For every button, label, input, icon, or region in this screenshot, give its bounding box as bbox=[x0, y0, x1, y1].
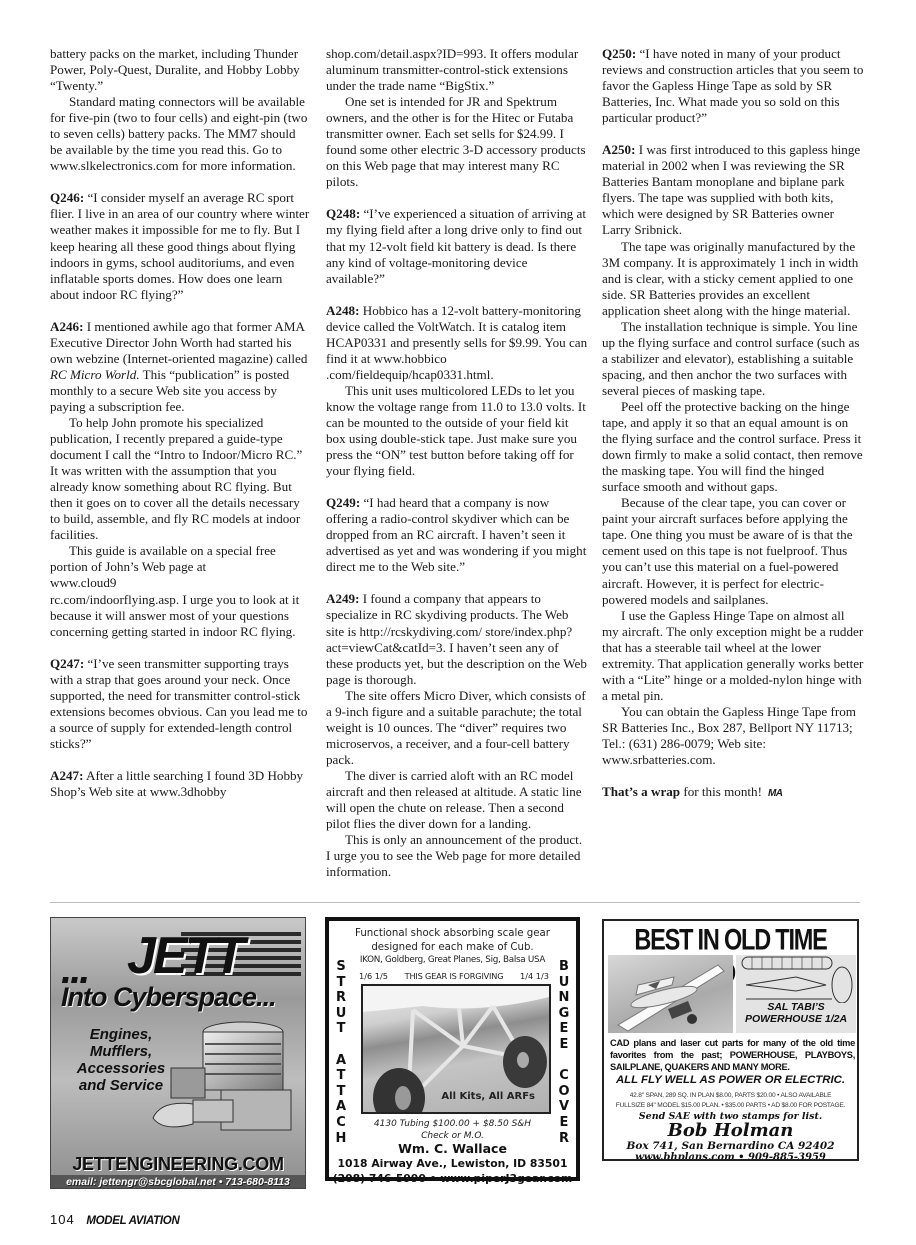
jett-logo: ... JETT bbox=[61, 926, 301, 982]
ad-seller-name: Wm. C. Wallace bbox=[329, 1141, 576, 1156]
answer-label: A248: bbox=[326, 303, 359, 318]
answer-a246: A246: I mentioned awhile ago that former… bbox=[50, 319, 310, 415]
ad-address: Box 741, San Bernardino CA 92402 bbox=[604, 1140, 857, 1152]
answer-label: A247: bbox=[50, 768, 83, 783]
answer-label: A250: bbox=[602, 142, 635, 157]
paragraph: Because of the clear tape, you can cover… bbox=[602, 495, 864, 607]
section-divider bbox=[50, 902, 860, 903]
paragraph: Standard mating connectors will be avail… bbox=[50, 94, 310, 174]
paragraph: This unit uses multicolored LEDs to let … bbox=[326, 383, 588, 479]
photo-caption: All Kits, All ARFs bbox=[441, 1091, 535, 1102]
ad-description: CAD plans and laser cut parts for many o… bbox=[610, 1037, 855, 1073]
ad-brands: IKON, Goldberg, Great Planes, Sig, Balsa… bbox=[329, 955, 576, 965]
article-column-2: shop.com/detail.aspx?ID=993. It offers m… bbox=[326, 46, 588, 880]
ad-website-phone[interactable]: www.bhplans.com • 909-885-3959 bbox=[604, 1152, 857, 1161]
question-label: Q250: bbox=[602, 46, 636, 61]
answer-a249: A249: I found a company that appears to … bbox=[326, 591, 588, 687]
ad-headline: Functional shock absorbing scale gear de… bbox=[329, 927, 576, 955]
paragraph: shop.com/detail.aspx?ID=993. It offers m… bbox=[326, 46, 588, 94]
ad-contact: email: jettengr@sbcglobal.net • 713-680-… bbox=[51, 1175, 305, 1189]
question-q248: Q248: “I’ve experienced a situation of a… bbox=[326, 206, 588, 286]
jett-wordmark: JETT bbox=[127, 926, 242, 986]
answer-a248: A248: Hobbico has a 12-volt battery-moni… bbox=[326, 303, 588, 383]
ad-scale-landing-gear[interactable]: Functional shock absorbing scale gear de… bbox=[325, 917, 580, 1181]
paragraph: The tape was originally manufactured by … bbox=[602, 239, 864, 319]
landing-gear-photo: All Kits, All ARFs bbox=[361, 984, 551, 1114]
answer-label: A246: bbox=[50, 319, 83, 334]
blueprint-icon bbox=[736, 955, 856, 1003]
answer-a247: A247: After a little searching I found 3… bbox=[50, 768, 310, 800]
paragraph: battery packs on the market, including T… bbox=[50, 46, 310, 94]
url-text: www.cloud9 bbox=[50, 575, 116, 590]
paragraph: To help John promote his specialized pub… bbox=[50, 415, 310, 543]
question-q246: Q246: “I consider myself an average RC s… bbox=[50, 190, 310, 302]
paragraph: The diver is carried aloft with an RC mo… bbox=[326, 768, 588, 832]
ad-jett-engineering[interactable]: ... JETT Into Cyberspace... Engines, Muf… bbox=[50, 917, 306, 1189]
model-engine-icon bbox=[151, 1020, 301, 1150]
paragraph: This guide is available on a special fre… bbox=[50, 543, 310, 639]
answer-label: A249: bbox=[326, 591, 359, 606]
paragraph: This is only an announcement of the prod… bbox=[326, 832, 588, 880]
page-number: 104 bbox=[50, 1212, 75, 1227]
question-q247: Q247: “I’ve seen transmitter supporting … bbox=[50, 656, 310, 752]
page-footer: 104 MODEL AVIATION bbox=[50, 1212, 179, 1227]
ad-tagline: Into Cyberspace... bbox=[61, 982, 276, 1013]
publication-title: RC Micro World. bbox=[50, 367, 140, 382]
featured-model: SAL TABI’S POWERHOUSE 1/2A bbox=[736, 1001, 856, 1025]
article-column-3: Q250: “I have noted in many of your prod… bbox=[602, 46, 864, 802]
ad-bob-holman-plans[interactable]: BEST IN OLD TIME MODELS SAL TABI’S POWER… bbox=[602, 919, 859, 1161]
paragraph: The site offers Micro Diver, which consi… bbox=[326, 688, 588, 768]
answer-a250: A250: I was first introduced to this gap… bbox=[602, 142, 864, 238]
ad-price: 4130 Tubing $100.00 + $8.50 S&H Check or… bbox=[329, 1119, 576, 1142]
question-q250: Q250: “I have noted in many of your prod… bbox=[602, 46, 864, 126]
model-plane-photo bbox=[608, 955, 733, 1033]
ad-slogan: ALL FLY WELL AS POWER OR ELECTRIC. bbox=[604, 1074, 857, 1086]
ma-end-mark-icon: MA bbox=[768, 788, 783, 799]
paragraph: One set is intended for JR and Spektrum … bbox=[326, 94, 588, 190]
ad-phone-website[interactable]: (208) 746-5990 • www.piperJ3gear.com bbox=[329, 1172, 576, 1185]
ad-website[interactable]: JETTENGINEERING.COM bbox=[51, 1154, 305, 1175]
closing-line: That’s a wrap for this month!MA bbox=[602, 784, 864, 802]
paragraph: Peel off the protective backing on the h… bbox=[602, 399, 864, 495]
question-label: Q247: bbox=[50, 656, 84, 671]
paragraph: I use the Gapless Hinge Tape on almost a… bbox=[602, 608, 864, 704]
question-q249: Q249: “I had heard that a company is now… bbox=[326, 495, 588, 575]
magazine-title: MODEL AVIATION bbox=[86, 1215, 179, 1227]
ad-seller-name: Bob Holman bbox=[604, 1120, 857, 1141]
ad-address: 1018 Airway Ave., Lewiston, ID 83501 bbox=[329, 1157, 576, 1170]
article-column-1: battery packs on the market, including T… bbox=[50, 46, 310, 800]
ad-pricing: 42.8" SPAN, 289 SQ. IN PLAN $8.00, PARTS… bbox=[604, 1091, 857, 1111]
paragraph: The installation technique is simple. Yo… bbox=[602, 319, 864, 399]
airplane-icon bbox=[608, 955, 733, 1033]
question-label: Q248: bbox=[326, 206, 360, 221]
paragraph: You can obtain the Gapless Hinge Tape fr… bbox=[602, 704, 864, 768]
question-label: Q246: bbox=[50, 190, 84, 205]
ad-scales: 1/6 1/5 THIS GEAR IS FORGIVING 1/4 1/3 bbox=[359, 971, 549, 981]
question-label: Q249: bbox=[326, 495, 360, 510]
